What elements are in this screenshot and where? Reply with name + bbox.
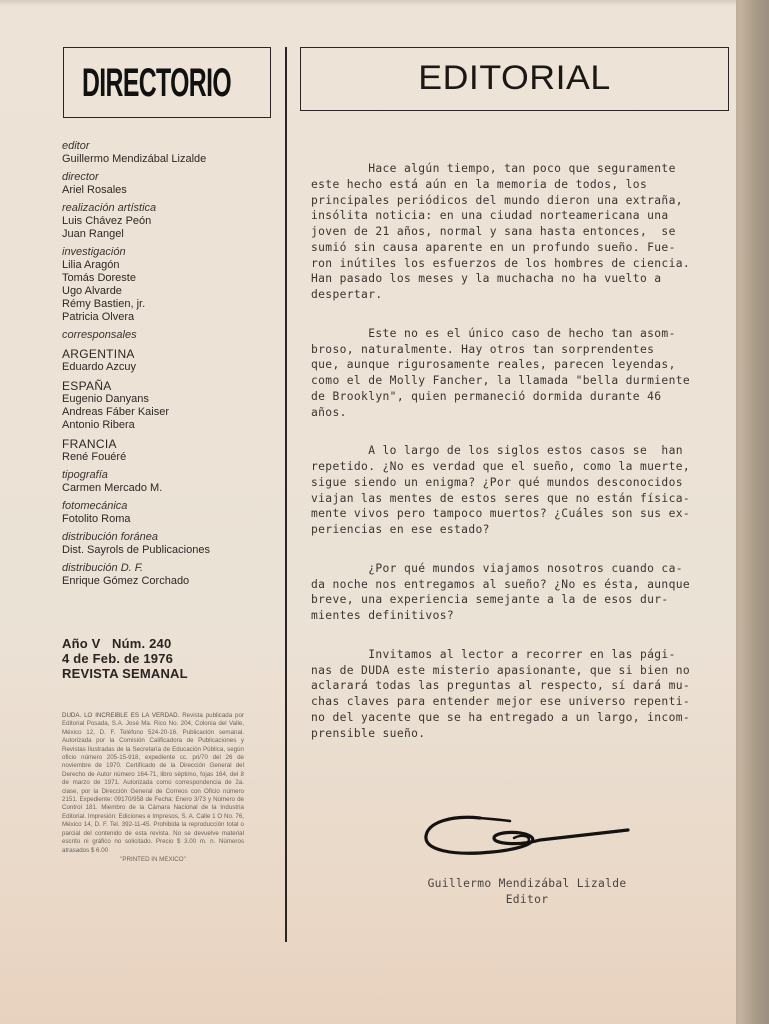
legal-lead: DUDA. LO INCREIBLE ES LA VERDAD. <box>62 712 179 719</box>
credit-name: Lilia Aragón <box>62 259 282 272</box>
editorial-body: Hace algún tiempo, tan poco que segurame… <box>311 161 731 764</box>
credit-name: Eugenio Danyans <box>62 393 282 406</box>
editorial-title: EDITORIAL <box>290 58 738 98</box>
page-edge <box>736 0 769 1024</box>
signature-title: Editor <box>402 892 652 908</box>
issue-frequency: REVISTA SEMANAL <box>62 666 262 681</box>
credit-name: Carmen Mercado M. <box>62 482 282 495</box>
legal-text: Revista publicada por Editorial Posada, … <box>62 712 244 854</box>
issue-info: Año V Núm. 240 4 de Feb. de 1976 REVISTA… <box>62 636 262 681</box>
credit-group: distribución foráneaDist. Sayrols de Pub… <box>62 531 282 557</box>
credit-role: investigación <box>62 246 282 259</box>
signature-block: Guillermo Mendizábal Lizalde Editor <box>402 876 652 908</box>
printed-in-mexico: "PRINTED IN MEXICO" <box>62 856 244 864</box>
credit-name: Guillermo Mendizábal Lizalde <box>62 153 282 166</box>
credit-name: Enrique Gómez Corchado <box>62 575 282 588</box>
signature-icon <box>422 812 632 864</box>
credit-name: Tomás Doreste <box>62 272 282 285</box>
credit-group: directorAriel Rosales <box>62 171 282 197</box>
credits-list: editorGuillermo Mendizábal Lizaldedirect… <box>62 140 282 593</box>
credit-name: Dist. Sayrols de Publicaciones <box>62 544 282 557</box>
credit-name: Patricia Olvera <box>62 311 282 324</box>
credit-role: editor <box>62 140 282 153</box>
credit-group: tipografíaCarmen Mercado M. <box>62 469 282 495</box>
directorio-title: DIRECTORIO <box>82 60 231 106</box>
country-label: FRANCIA <box>62 437 282 451</box>
country-label: ARGENTINA <box>62 347 282 361</box>
credit-name: Fotolito Roma <box>62 513 282 526</box>
editorial-header-box: EDITORIAL <box>300 47 729 111</box>
credit-role: fotomecánica <box>62 500 282 513</box>
credit-group: ESPAÑAEugenio DanyansAndreas Fáber Kaise… <box>62 379 282 432</box>
editorial-paragraph: Invitamos al lector a recorrer en las pá… <box>311 647 731 742</box>
signature-name: Guillermo Mendizábal Lizalde <box>402 876 652 892</box>
column-divider <box>285 47 287 942</box>
credit-group: distribución D. F.Enrique Gómez Corchado <box>62 562 282 588</box>
issue-number: Año V Núm. 240 <box>62 636 262 651</box>
credit-group: fotomecánicaFotolito Roma <box>62 500 282 526</box>
credit-role: realización artística <box>62 202 282 215</box>
credit-name: René Fouéré <box>62 451 282 464</box>
credit-group: investigaciónLilia AragónTomás DoresteUg… <box>62 246 282 324</box>
credit-group: ARGENTINAEduardo Azcuy <box>62 347 282 374</box>
credit-role: distribución foránea <box>62 531 282 544</box>
credit-group: realización artísticaLuis Chávez PeónJua… <box>62 202 282 241</box>
credit-name: Ariel Rosales <box>62 184 282 197</box>
editorial-paragraph: Hace algún tiempo, tan poco que segurame… <box>311 161 731 303</box>
credit-name: Rémy Bastien, jr. <box>62 298 282 311</box>
credit-name: Ugo Alvarde <box>62 285 282 298</box>
credit-name: Andreas Fáber Kaiser <box>62 406 282 419</box>
issue-date: 4 de Feb. de 1976 <box>62 651 262 666</box>
credit-role: director <box>62 171 282 184</box>
country-label: ESPAÑA <box>62 379 282 393</box>
credit-name: Antonio Ribera <box>62 419 282 432</box>
correspondents-label: corresponsales <box>62 329 282 342</box>
legal-notice: DUDA. LO INCREIBLE ES LA VERDAD. Revista… <box>62 712 244 864</box>
credit-name: Eduardo Azcuy <box>62 361 282 374</box>
credit-group: FRANCIARené Fouéré <box>62 437 282 464</box>
credit-group: editorGuillermo Mendizábal Lizalde <box>62 140 282 166</box>
editorial-paragraph: A lo largo de los siglos estos casos se … <box>311 443 731 538</box>
credit-role: tipografía <box>62 469 282 482</box>
editorial-paragraph: ¿Por qué mundos viajamos nosotros cuando… <box>311 561 731 624</box>
credit-role: distribución D. F. <box>62 562 282 575</box>
page-top-shade <box>0 0 736 6</box>
credit-name: Juan Rangel <box>62 228 282 241</box>
editorial-paragraph: Este no es el único caso de hecho tan as… <box>311 326 731 421</box>
directorio-header-box: DIRECTORIO <box>63 47 271 118</box>
credit-name: Luis Chávez Peón <box>62 215 282 228</box>
correspondents-label-group: corresponsales <box>62 329 282 342</box>
